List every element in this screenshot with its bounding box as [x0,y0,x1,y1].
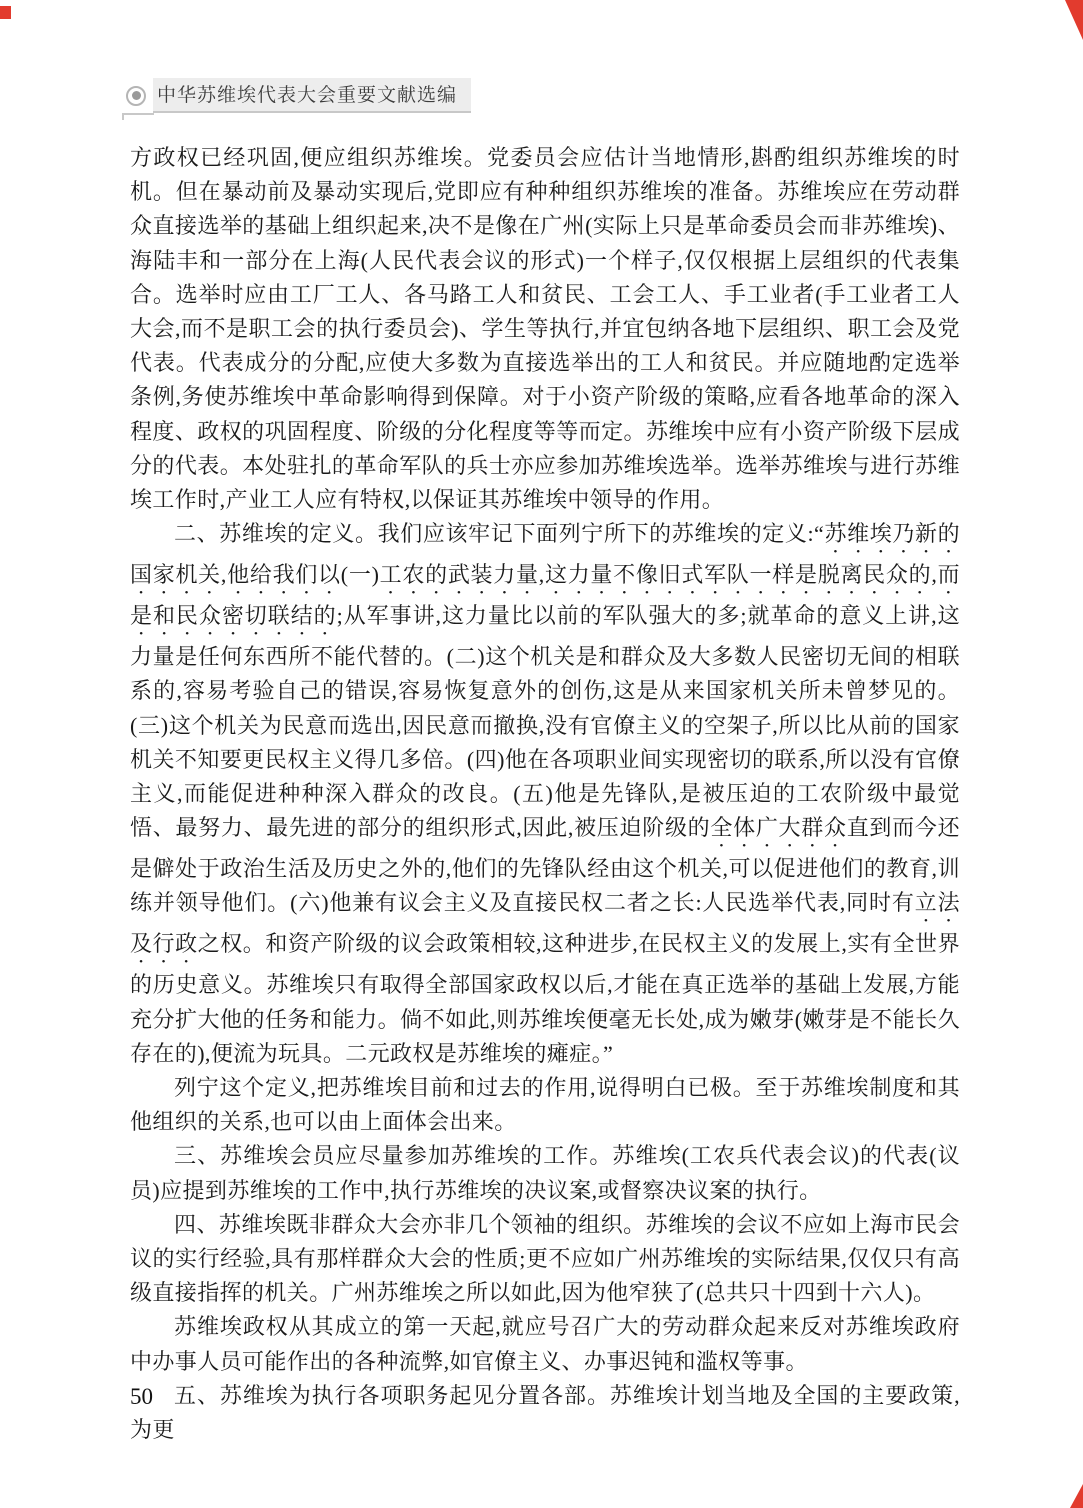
text-run: 五、苏维埃为执行各项职务起见分置各部。苏维埃计划当地及全国的主要政策,为更 [130,1383,960,1442]
text-run: 苏维埃政权从其成立的第一天起,就应号召广大的劳动群众起来反对苏维埃政府中办事人员… [130,1314,960,1373]
header-rule [122,113,154,115]
paragraph: 四、苏维埃既非群众大会亦非几个领袖的组织。苏维埃的会议不应如上海市民会议的实行经… [130,1208,960,1311]
header-rule-tick [122,113,124,120]
running-header: 中华苏维埃代表大会重要文献选编 [126,78,471,113]
scan-corner-mark-bottom-right [1070,1484,1083,1508]
emphasized-text-run: 全体广大群众 [710,815,846,840]
scan-corner-mark-top-left [0,6,11,19]
document-body: 方政权已经巩固,便应组织苏维埃。党委员会应估计当地情形,斟酌组织苏维埃的时机。但… [130,141,960,1447]
text-run: 四、苏维埃既非群众大会亦非几个领袖的组织。苏维埃的会议不应如上海市民会议的实行经… [130,1212,960,1305]
page-number: 50 [130,1384,153,1410]
text-run: 三、苏维埃会员应尽量参加苏维埃的工作。苏维埃(工农兵代表会议)的代表(议员)应提… [130,1143,960,1202]
text-run: (一) [341,562,380,587]
paragraph: 苏维埃政权从其成立的第一天起,就应号召广大的劳动群众起来反对苏维埃政府中办事人员… [130,1310,960,1378]
scan-corner-mark-top-right [1065,0,1083,40]
paragraph: 二、苏维埃的定义。我们应该牢记下面列宁所下的苏维埃的定义:“苏维埃乃新的国家机关… [130,517,960,1071]
paragraph: 三、苏维埃会员应尽量参加苏维埃的工作。苏维埃(工农兵代表会议)的代表(议员)应提… [130,1139,960,1207]
text-run: 二、苏维埃的定义。我们应该牢记下面列宁所下的苏维埃的定义:“ [174,521,824,546]
paragraph: 列宁这个定义,把苏维埃目前和过去的作用,说得明白已极。至于苏维埃制度和其他组织的… [130,1071,960,1139]
text-run: 列宁这个定义,把苏维埃目前和过去的作用,说得明白已极。至于苏维埃制度和其他组织的… [130,1075,960,1134]
book-title: 中华苏维埃代表大会重要文献选编 [153,78,471,113]
book-page: 中华苏维埃代表大会重要文献选编 方政权已经巩固,便应组织苏维埃。党委员会应估计当… [0,0,1083,1508]
text-run: ;从军事讲,这力量比以前的军队强大的多;就革命的意义上讲,这力量是任何东西所不能… [130,603,960,840]
text-run: 之权。和资产阶级的议会政策相较,这种进步,在民权主义的发展上,实有全世界的历史意… [130,931,960,1065]
paragraph: 方政权已经巩固,便应组织苏维埃。党委员会应估计当地情形,斟酌组织苏维埃的时机。但… [130,141,960,517]
paragraph: 五、苏维埃为执行各项职务起见分置各部。苏维埃计划当地及全国的主要政策,为更 [130,1379,960,1447]
text-run: 方政权已经巩固,便应组织苏维埃。党委员会应估计当地情形,斟酌组织苏维埃的时机。但… [130,145,960,512]
bullet-circle-icon [126,86,146,106]
